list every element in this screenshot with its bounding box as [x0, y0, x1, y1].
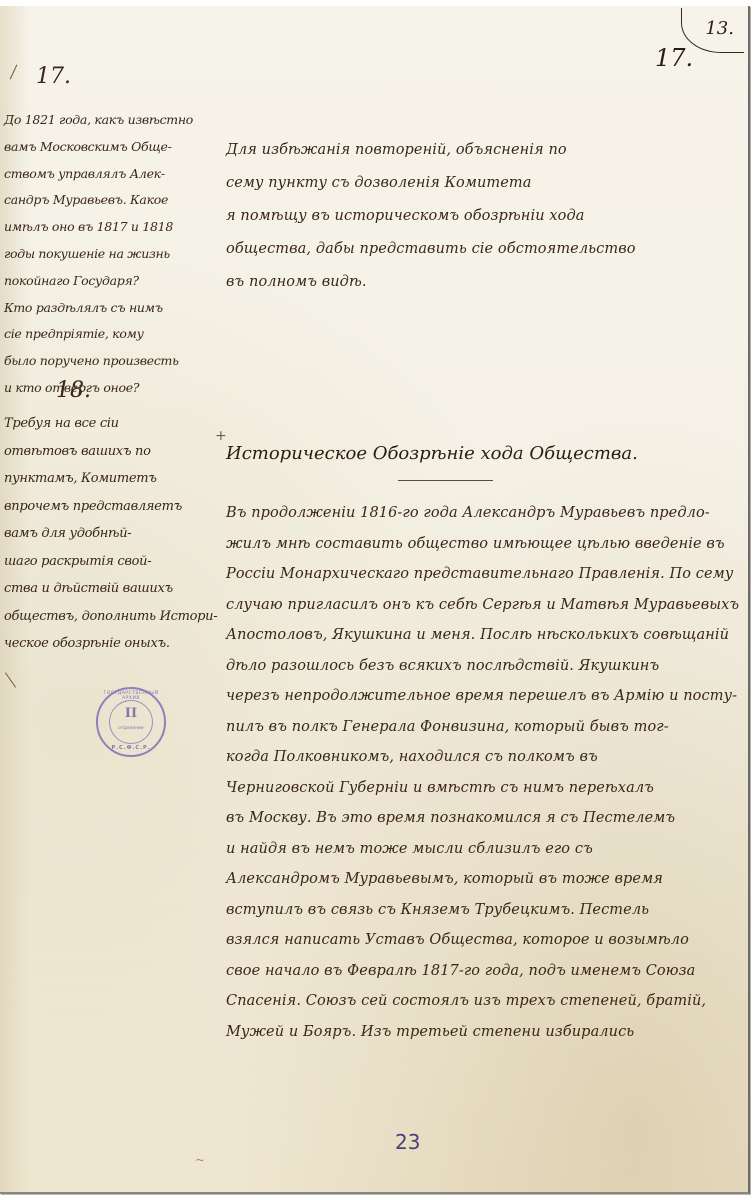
answer-line: я помѣщу въ историческомъ обозрѣніи хода [226, 200, 731, 233]
question-number-18: 18. [56, 378, 91, 403]
question-line: сіе предпріятіе, кому [4, 321, 218, 348]
question-number-17: 17. [36, 64, 71, 89]
answer-line: общества, дабы представить сіе обстоятел… [226, 233, 731, 266]
question-line: ства и дѣйствій вашихъ [4, 575, 218, 603]
question-line: было поручено произвесть [4, 348, 218, 375]
pencil-squiggle-mark: ~ [195, 1153, 205, 1167]
folio-number: 17. [655, 44, 693, 72]
archive-page-number: 23 [395, 1130, 420, 1154]
answer-line: сему пункту съ дозволенія Комитета [226, 167, 731, 200]
question-line: До 1821 года, какъ извѣстно [4, 107, 218, 134]
question-17-text: До 1821 года, какъ извѣстно вамъ Московс… [4, 107, 218, 402]
margin-tick-mark [10, 65, 18, 80]
answer-line: жилъ мнѣ составить общество имѣющее цѣль… [226, 529, 731, 560]
answer-line: Апостоловъ, Якушкина и меня. Послѣ нѣско… [226, 620, 731, 651]
answer-line: Россіи Монархическаго представительнаго … [226, 559, 731, 590]
question-line: годы покушеніе на жизнь [4, 241, 218, 268]
question-line: покойнаго Государя? [4, 268, 218, 295]
answer-line: взялся написать Уставъ Общества, которое… [226, 925, 731, 956]
answer-line: свое начало въ Февралѣ 1817-го года, под… [226, 956, 731, 987]
question-line: и кто отвергъ оное? [4, 375, 218, 402]
answer-line: Александромъ Муравьевымъ, который въ тож… [226, 864, 731, 895]
answer-line: въ Москву. Въ это время познакомился я с… [226, 803, 731, 834]
question-line: обществъ, дополнить Истори- [4, 603, 218, 631]
question-line: имѣлъ оно въ 1817 и 1818 [4, 214, 218, 241]
question-line: отвѣтовъ вашихъ по [4, 438, 218, 466]
question-line: Требуя на все сіи [4, 410, 218, 438]
section-title: Историческое Обозрѣніе хода Общества. [226, 443, 638, 464]
title-underline [398, 480, 493, 481]
question-line: вамъ для удобнѣй- [4, 520, 218, 548]
stamp-ring-text-top: ГОСУДАРСТВЕННЫЙ АРХИВ [98, 691, 164, 701]
answer-intro: Для избѣжанія повтореній, объясненія по … [226, 134, 731, 299]
answer-line: Для избѣжанія повтореній, объясненія по [226, 134, 731, 167]
question-line: ствомъ управлялъ Алек- [4, 161, 218, 188]
question-line: пунктамъ, Комитетъ [4, 465, 218, 493]
question-line: впрочемъ представляетъ [4, 493, 218, 521]
answer-line: Въ продолженіи 1816-го года Александръ М… [226, 498, 731, 529]
stamp-department: отделение [98, 726, 164, 731]
answer-line: Мужей и Бояръ. Изъ третьей степени избир… [226, 1017, 731, 1048]
stamp-roman-numeral: II [98, 706, 164, 721]
question-line: вамъ Московскимъ Обще- [4, 134, 218, 161]
answer-line: Спасенія. Союзъ сей состоялъ изъ трехъ с… [226, 986, 731, 1017]
archive-stamp: ГОСУДАРСТВЕННЫЙ АРХИВ II отделение Р.С.Ф… [96, 687, 166, 757]
answer-line: черезъ непродолжительное время перешелъ … [226, 681, 731, 712]
question-line: Кто раздѣлялъ съ нимъ [4, 295, 218, 322]
document-page: 13. 17. 17. До 1821 года, какъ извѣстно … [0, 6, 750, 1194]
answer-line: въ полномъ видѣ. [226, 266, 731, 299]
answer-line: и найдя въ немъ тоже мысли сблизилъ его … [226, 834, 731, 865]
answer-line: пилъ въ полкъ Генерала Фонвизина, которы… [226, 712, 731, 743]
answer-line: Черниговской Губерніи и вмѣстѣ съ нимъ п… [226, 773, 731, 804]
answer-line: вступилъ въ связь съ Княземъ Трубецкимъ.… [226, 895, 731, 926]
question-line: шаго раскрытія свой- [4, 548, 218, 576]
question-18-text: Требуя на все сіи отвѣтовъ вашихъ по пун… [4, 410, 218, 658]
corner-page-number: 13. [705, 18, 734, 39]
question-line: ческое обозрѣніе оныхъ. [4, 630, 218, 658]
question-line: сандръ Муравьевъ. Какое [4, 187, 218, 214]
stamp-ring-text-bottom: Р.С.Ф.С.Р. [98, 745, 164, 751]
answer-body: Въ продолженіи 1816-го года Александръ М… [226, 498, 731, 1047]
answer-line: случаю пригласилъ онъ къ себѣ Сергѣя и М… [226, 590, 731, 621]
margin-tick-mark [5, 672, 16, 687]
margin-cross-mark: + [215, 428, 227, 444]
answer-line: когда Полковникомъ, находился съ полкомъ… [226, 742, 731, 773]
answer-line: дѣло разошлось безъ всякихъ послѣдствій.… [226, 651, 731, 682]
